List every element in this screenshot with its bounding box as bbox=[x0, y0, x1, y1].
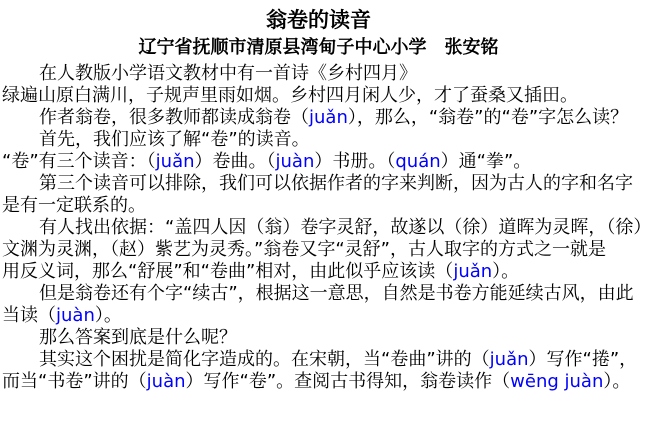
text-line: 在人教版小学语文教材中有一首诗《乡村四月》 bbox=[2, 63, 649, 85]
text-line: 首先，我们应该了解“卷”的读音。 bbox=[2, 129, 649, 151]
text-segment: ）写作“卷”。查阅古书得知，翁卷读作（ bbox=[186, 371, 511, 392]
text-line: 文渊为灵渊，（赵）紫艺为灵秀。”翁卷又字“灵舒”，古人取字的方式之一就是 bbox=[2, 239, 649, 261]
text-segment: 有人找出依据：“盖四人因（翁）卷字灵舒，故遂以（徐）道晖为灵晖，（徐） bbox=[39, 217, 649, 238]
text-segment: ）。 bbox=[603, 371, 630, 392]
text-line: 作者翁卷，很多教师都读成翁卷（juǎn），那么，“翁卷”的“卷”字怎么读？ bbox=[2, 107, 649, 129]
text-segment: 文渊为灵渊，（赵）紫艺为灵秀。”翁卷又字“灵舒”，古人取字的方式之一就是 bbox=[2, 239, 606, 260]
text-segment: ）写作“捲”， bbox=[529, 349, 638, 370]
text-segment: 但是翁卷还有个字“续古”，根据这一意思，自然是书卷方能延续古风，由此 bbox=[39, 283, 634, 304]
pinyin-annotation: juàn bbox=[276, 151, 315, 172]
pinyin-annotation: wēng juàn bbox=[510, 371, 603, 392]
text-line: 用反义词，那么“舒展”和“卷曲”相对，由此似乎应该读（juǎn）。 bbox=[2, 261, 649, 283]
text-line: 当读（juàn）。 bbox=[2, 305, 649, 327]
text-line: 而当“书卷”讲的（juàn）写作“卷”。查阅古书得知，翁卷读作（wēng juà… bbox=[2, 371, 649, 393]
text-line: 那么答案到底是什么呢？ bbox=[2, 327, 649, 349]
pinyin-annotation: juàn bbox=[56, 305, 95, 326]
text-segment: ），那么，“翁卷”的“卷”字怎么读？ bbox=[348, 107, 628, 128]
text-segment: 第三个读音可以排除，我们可以依据作者的字来判断，因为古人的字和名字 bbox=[39, 173, 633, 194]
text-segment: 用反义词，那么“舒展”和“卷曲”相对，由此似乎应该读（ bbox=[2, 261, 453, 282]
pinyin-annotation: quán bbox=[395, 151, 440, 172]
document-page: 翁卷的读音 辽宁省抚顺市清原县湾甸子中心小学 张安铭 在人教版小学语文教材中有一… bbox=[0, 0, 652, 393]
text-line: 第三个读音可以排除，我们可以依据作者的字来判断，因为古人的字和名字 bbox=[2, 173, 649, 195]
text-segment: 是有一定联系的。 bbox=[2, 195, 146, 216]
text-segment: 那么答案到底是什么呢？ bbox=[39, 327, 237, 348]
pinyin-annotation: juǎn bbox=[156, 151, 195, 172]
document-body: 在人教版小学语文教材中有一首诗《乡村四月》绿遍山原白满川，子规声里雨如烟。乡村四… bbox=[2, 63, 649, 393]
text-segment: 作者翁卷，很多教师都读成翁卷（ bbox=[39, 107, 309, 128]
pinyin-annotation: juàn bbox=[147, 371, 186, 392]
text-segment: 在人教版小学语文教材中有一首诗《乡村四月》 bbox=[39, 63, 417, 84]
page-title: 翁卷的读音 bbox=[2, 7, 635, 33]
text-segment: 首先，我们应该了解“卷”的读音。 bbox=[39, 129, 310, 150]
text-segment: 绿遍山原白满川，子规声里雨如烟。乡村四月闲人少，才了蚕桑又插田。 bbox=[2, 85, 578, 106]
text-line: 但是翁卷还有个字“续古”，根据这一意思，自然是书卷方能延续古风，由此 bbox=[2, 283, 649, 305]
text-segment: “卷”有三个读音：（ bbox=[2, 151, 156, 172]
text-line: 是有一定联系的。 bbox=[2, 195, 649, 217]
pinyin-annotation: juǎn bbox=[490, 349, 529, 370]
text-line: 有人找出依据：“盖四人因（翁）卷字灵舒，故遂以（徐）道晖为灵晖，（徐） bbox=[2, 217, 649, 239]
pinyin-annotation: juǎn bbox=[453, 261, 492, 282]
text-line: “卷”有三个读音：（juǎn）卷曲。（juàn）书册。（quán）通“拳”。 bbox=[2, 151, 649, 173]
text-line: 绿遍山原白满川，子规声里雨如烟。乡村四月闲人少，才了蚕桑又插田。 bbox=[2, 85, 649, 107]
text-segment: ）卷曲。（ bbox=[195, 151, 276, 172]
text-segment: ）通“拳”。 bbox=[441, 151, 532, 172]
text-segment: ）书册。（ bbox=[314, 151, 395, 172]
pinyin-annotation: juǎn bbox=[309, 107, 348, 128]
text-segment: ）。 bbox=[492, 261, 519, 282]
text-line: 其实这个困扰是简化字造成的。在宋朝，当“卷曲”讲的（juǎn）写作“捲”， bbox=[2, 349, 649, 371]
text-segment: 而当“书卷”讲的（ bbox=[2, 371, 147, 392]
text-segment: ）。 bbox=[95, 305, 122, 326]
text-segment: 当读（ bbox=[2, 305, 56, 326]
text-segment: 其实这个困扰是简化字造成的。在宋朝，当“卷曲”讲的（ bbox=[39, 349, 490, 370]
author-byline: 辽宁省抚顺市清原县湾甸子中心小学 张安铭 bbox=[2, 36, 635, 60]
